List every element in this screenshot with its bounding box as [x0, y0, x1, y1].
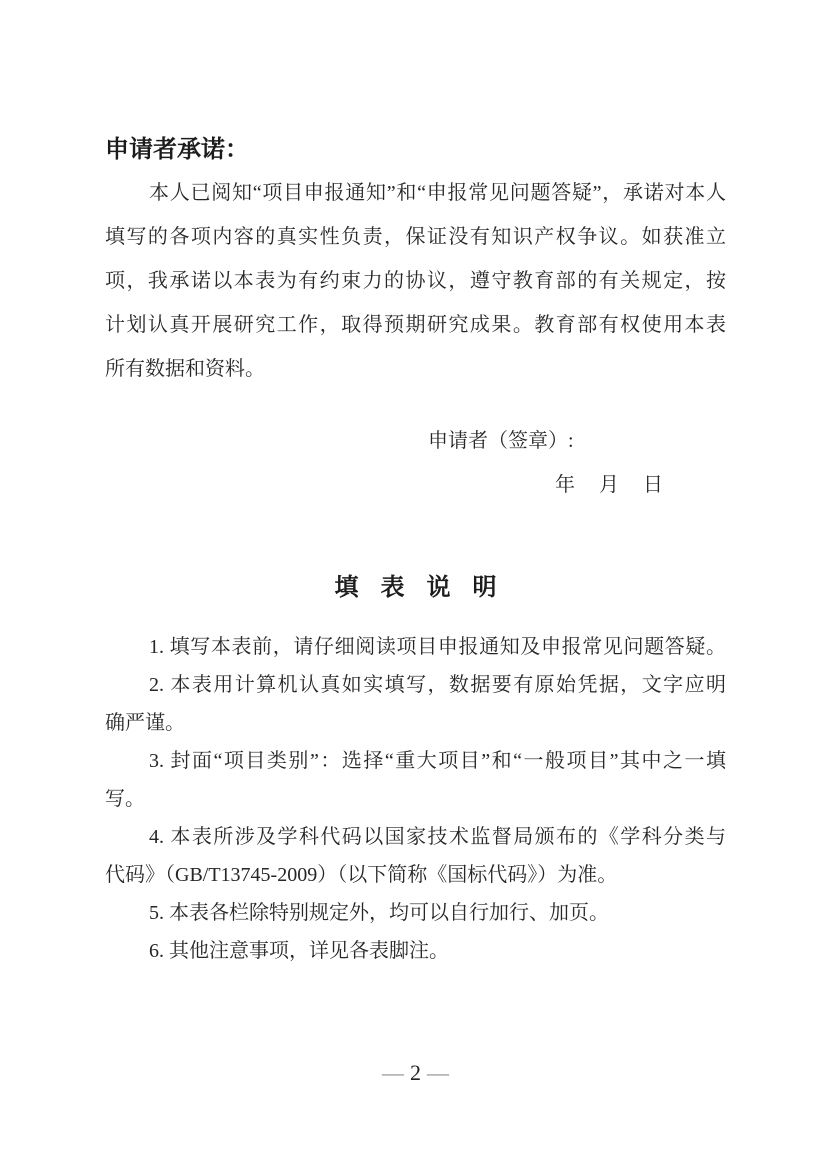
paragraph-line: 本人已阅知“项目申报通知”和“申报常见问题答疑”，承诺对本人: [105, 171, 726, 215]
instruction-line: 确严谨。: [105, 704, 726, 742]
document-page: 申请者承诺： 本人已阅知“项目申报通知”和“申报常见问题答疑”，承诺对本人 填写…: [0, 0, 831, 1175]
instruction-item-1: 1. 填写本表前，请仔细阅读项目申报通知及申报常见问题答疑。: [105, 628, 726, 666]
instruction-line: 写。: [105, 780, 726, 818]
instruction-line: 4. 本表所涉及学科代码以国家技术监督局颁布的《学科分类与: [105, 818, 726, 856]
instruction-item-4: 4. 本表所涉及学科代码以国家技术监督局颁布的《学科分类与 代码》（GB/T13…: [105, 818, 726, 894]
paragraph-line: 计划认真开展研究工作，取得预期研究成果。教育部有权使用本表: [105, 303, 726, 347]
instruction-line: 3. 封面“项目类别”：选择“重大项目”和“一般项目”其中之一填: [105, 742, 726, 780]
paragraph-line: 项，我承诺以本表为有约束力的协议，遵守教育部的有关规定，按: [105, 259, 726, 303]
commitment-section: 申请者承诺： 本人已阅知“项目申报通知”和“申报常见问题答疑”，承诺对本人 填写…: [105, 136, 726, 499]
page-number: 2: [410, 1060, 421, 1085]
instructions-heading: 填表说明: [105, 573, 726, 603]
footer-dash-left: —: [382, 1060, 404, 1085]
instruction-line: 1. 填写本表前，请仔细阅读项目申报通知及申报常见问题答疑。: [105, 628, 726, 666]
commitment-heading: 申请者承诺：: [105, 136, 726, 164]
instructions-section: 填表说明 1. 填写本表前，请仔细阅读项目申报通知及申报常见问题答疑。 2. 本…: [105, 573, 726, 970]
page-footer: —2—: [0, 1060, 831, 1086]
paragraph-line: 所有数据和资料。: [105, 347, 726, 391]
footer-dash-right: —: [427, 1060, 449, 1085]
instruction-line: 6. 其他注意事项，详见各表脚注。: [105, 932, 726, 970]
instruction-item-2: 2. 本表用计算机认真如实填写，数据要有原始凭据，文字应明 确严谨。: [105, 666, 726, 742]
instructions-list: 1. 填写本表前，请仔细阅读项目申报通知及申报常见问题答疑。 2. 本表用计算机…: [105, 628, 726, 970]
commitment-paragraph: 本人已阅知“项目申报通知”和“申报常见问题答疑”，承诺对本人 填写的各项内容的真…: [105, 171, 726, 391]
instruction-item-3: 3. 封面“项目类别”：选择“重大项目”和“一般项目”其中之一填 写。: [105, 742, 726, 818]
signature-label: 申请者（签章）:: [105, 427, 726, 455]
instruction-line: 2. 本表用计算机认真如实填写，数据要有原始凭据，文字应明: [105, 666, 726, 704]
instruction-item-6: 6. 其他注意事项，详见各表脚注。: [105, 932, 726, 970]
instruction-item-5: 5. 本表各栏除特别规定外，均可以自行加行、加页。: [105, 894, 726, 932]
signature-date-line: 年 月 日: [105, 471, 726, 499]
paragraph-line: 填写的各项内容的真实性负责，保证没有知识产权争议。如获准立: [105, 215, 726, 259]
instruction-line: 5. 本表各栏除特别规定外，均可以自行加行、加页。: [105, 894, 726, 932]
instruction-line: 代码》（GB/T13745-2009）（以下简称《国标代码》）为准。: [105, 856, 726, 894]
